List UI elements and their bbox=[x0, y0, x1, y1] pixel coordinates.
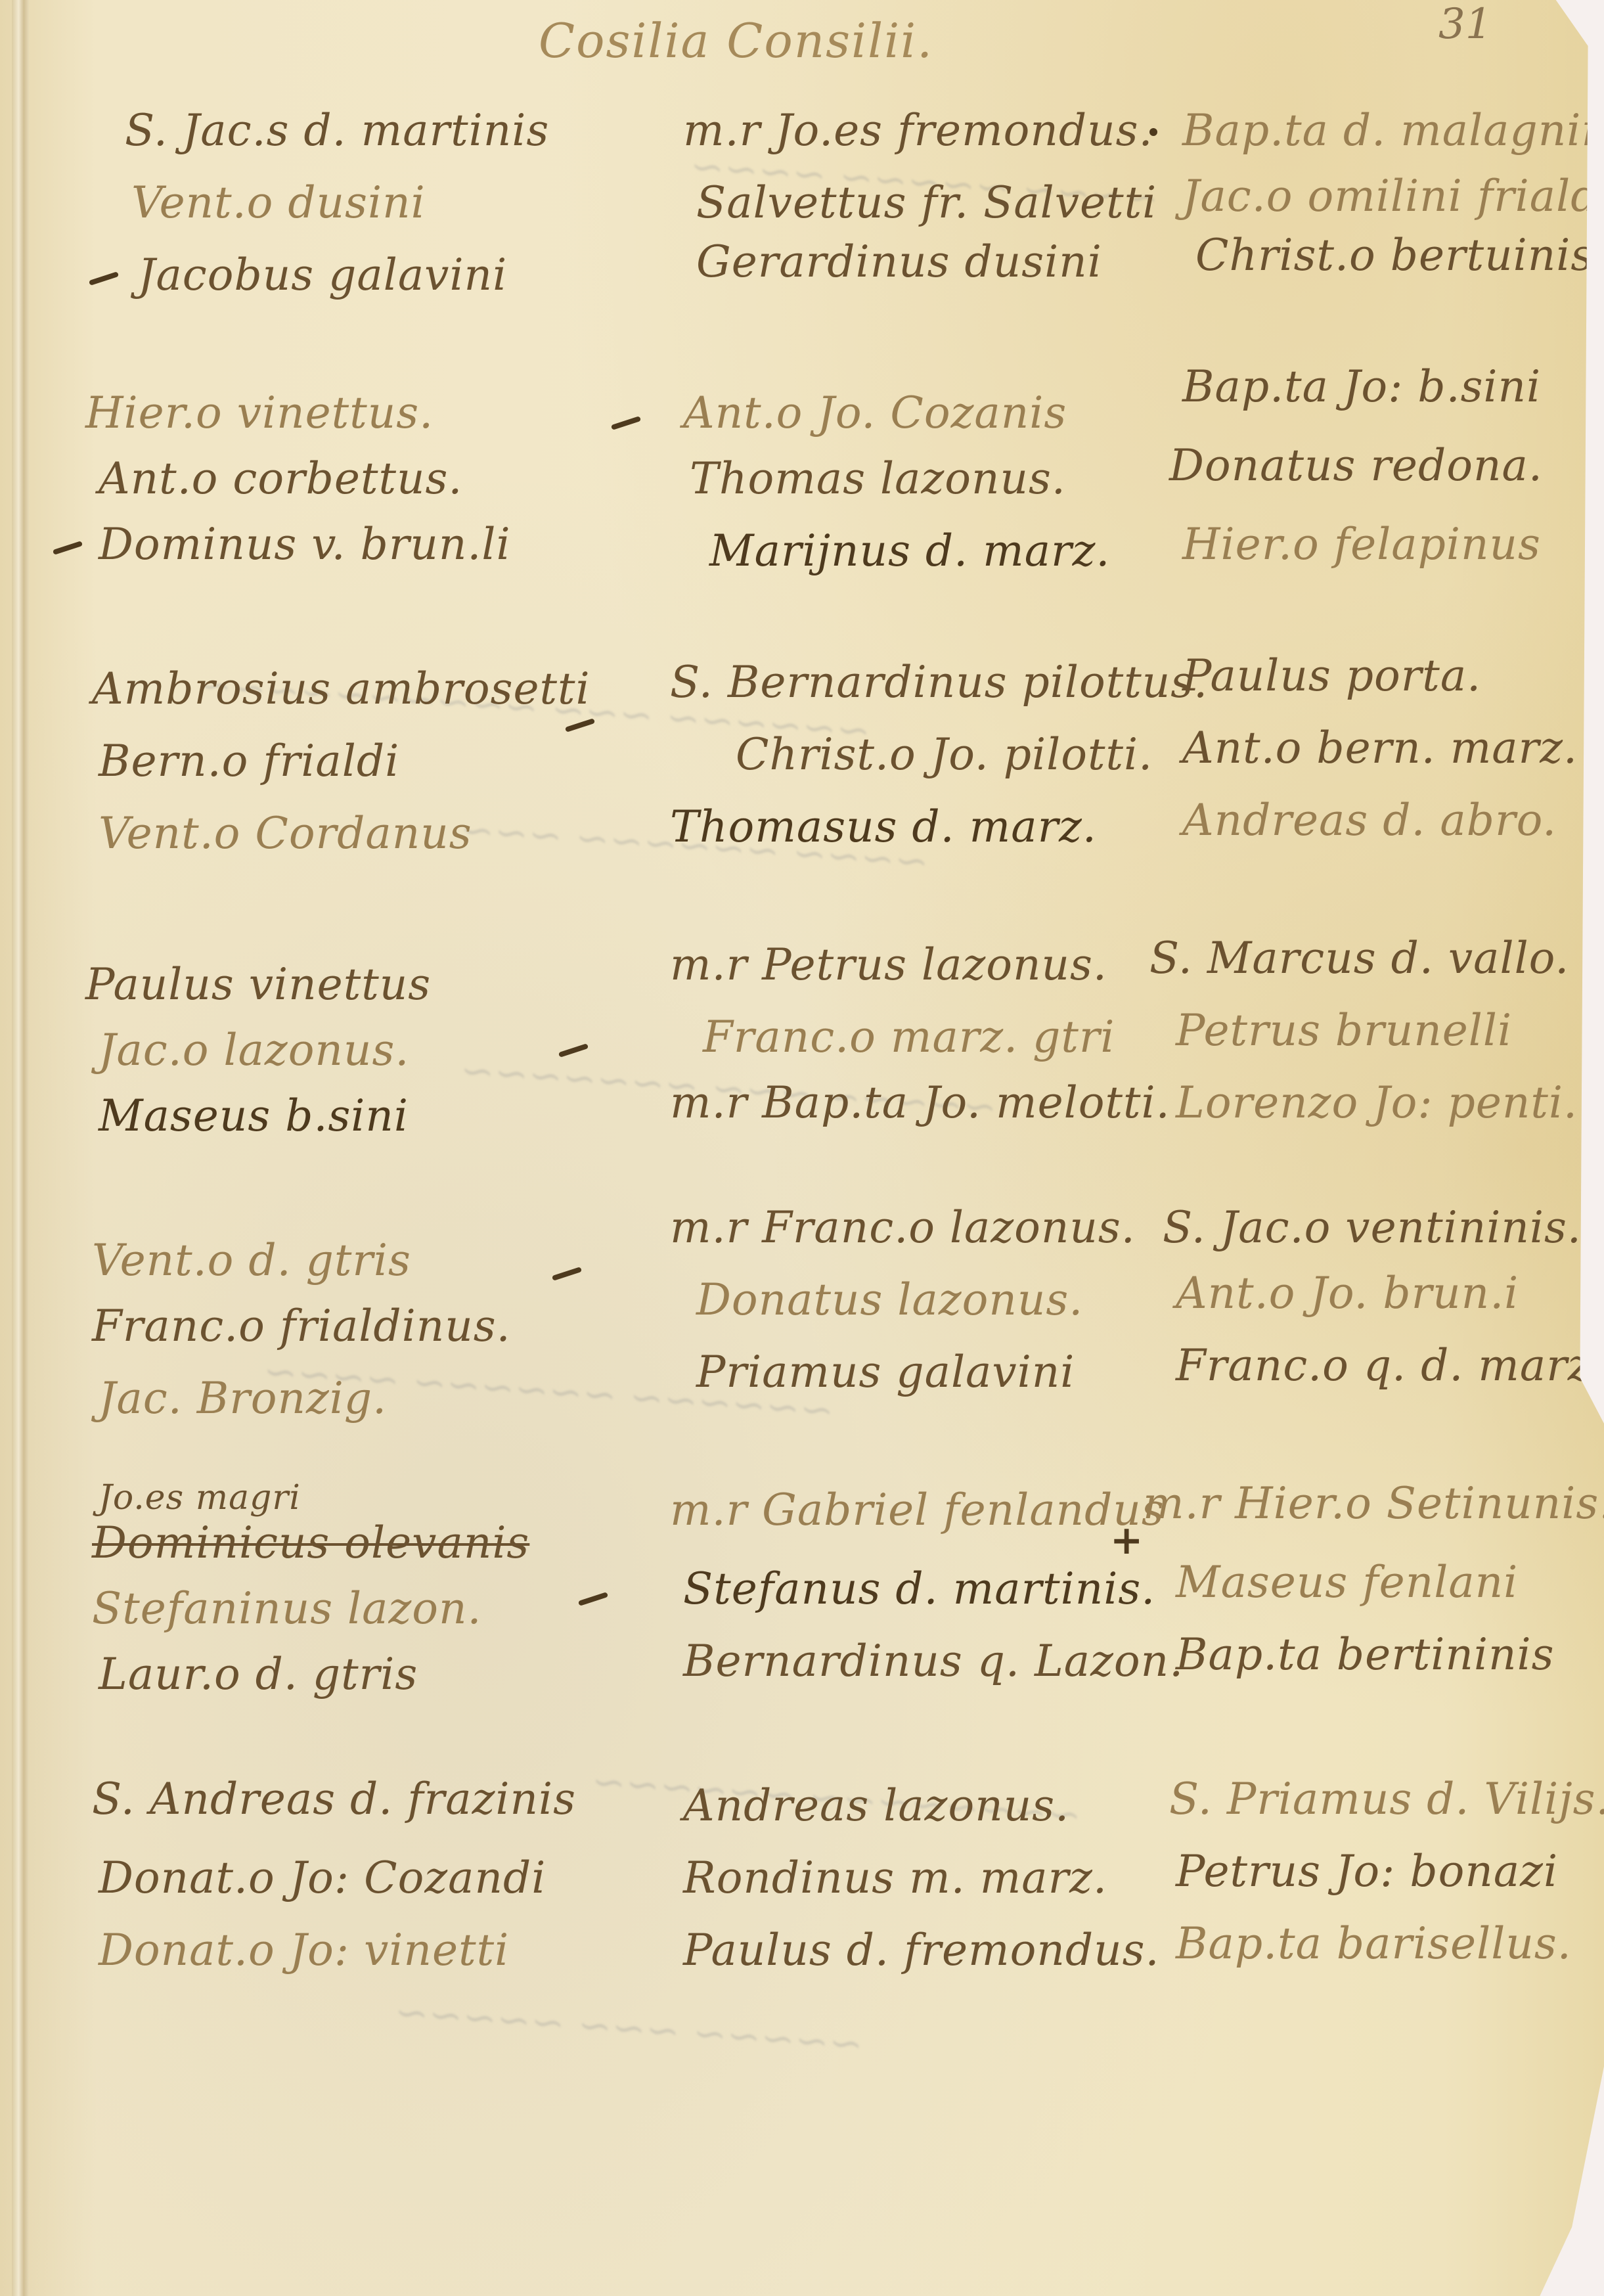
manuscript-page: ~~~~ ~~~~~ ~~~~ ~~~~~~ ~~~ ~~~~~~~~~~ ~~… bbox=[0, 0, 1604, 2296]
name-entry: Andreas d. abro. bbox=[1182, 795, 1557, 845]
name-entry: Priamus galavini bbox=[696, 1347, 1075, 1397]
bleed-through-text: ~~~~~ ~~~ ~~~~~ bbox=[393, 1987, 864, 2068]
name-entry: Jacobus galavini bbox=[138, 250, 507, 300]
name-entry: m.r Franc.o lazonus. bbox=[670, 1202, 1136, 1253]
page-header: Cosilia Consilii. bbox=[539, 13, 933, 68]
name-entry: Vent.o Cordanus bbox=[99, 808, 472, 859]
marginal-dot-mark bbox=[1149, 128, 1157, 136]
name-entry: Jac. Bronzig. bbox=[99, 1373, 387, 1424]
name-entry: Maseus fenlani bbox=[1176, 1557, 1518, 1608]
marginal-dash-mark bbox=[611, 416, 641, 430]
name-entry: S. Jac.s d. martinis bbox=[125, 105, 549, 156]
name-entry: Hier.o vinettus. bbox=[85, 388, 434, 438]
marginal-cross-mark: + bbox=[1110, 1518, 1143, 1564]
name-entry: Maseus b.sini bbox=[99, 1091, 409, 1141]
marginal-dash-mark bbox=[552, 1267, 582, 1281]
name-entry: Stefaninus lazon. bbox=[92, 1583, 482, 1634]
name-entry: Donat.o Jo: vinetti bbox=[99, 1925, 509, 1975]
name-entry: Thomasus d. marz. bbox=[670, 801, 1097, 852]
name-entry: Lorenzo Jo: penti. bbox=[1176, 1077, 1578, 1128]
name-entry: Ant.o Jo. brun.i bbox=[1176, 1268, 1519, 1318]
name-entry: Dominus v. brun.li bbox=[99, 519, 511, 570]
name-entry: Donat.o Jo: Cozandi bbox=[99, 1853, 546, 1903]
name-entry: m.r Gabriel fenlandus bbox=[670, 1485, 1165, 1535]
name-entry: m.r Jo.es fremondus. bbox=[683, 105, 1153, 156]
name-entry: S. Bernardinus pilottus. bbox=[670, 657, 1208, 708]
name-entry: m.r Bap.ta Jo. melotti. bbox=[670, 1077, 1170, 1128]
name-entry: Franc.o q. d. marz. bbox=[1176, 1340, 1604, 1391]
name-entry: Stefanus d. martinis. bbox=[683, 1564, 1155, 1614]
name-entry: Ant.o corbettus. bbox=[99, 453, 462, 504]
name-entry: Franc.o frialdinus. bbox=[92, 1301, 511, 1351]
name-entry: Bap.ta Jo: b.sini bbox=[1182, 361, 1541, 412]
name-entry: m.r Petrus lazonus. bbox=[670, 939, 1107, 990]
name-entry: Christ.o Jo. pilotti. bbox=[736, 729, 1153, 780]
name-entry: Bap.ta barisellus. bbox=[1176, 1918, 1572, 1969]
name-entry: Donatus redona. bbox=[1169, 440, 1543, 491]
name-entry: Petrus brunelli bbox=[1176, 1005, 1512, 1056]
name-entry: S. Andreas d. frazinis bbox=[92, 1774, 576, 1824]
name-entry: Vent.o d. gtris bbox=[92, 1235, 411, 1286]
name-entry: Andreas lazonus. bbox=[683, 1780, 1069, 1831]
marginal-dash-mark bbox=[53, 541, 83, 555]
name-entry: Bern.o frialdi bbox=[99, 736, 399, 786]
interlinear-correction: Jo.es magri bbox=[99, 1478, 301, 1518]
name-entry: Petrus Jo: bonazi bbox=[1176, 1846, 1558, 1897]
binding-edge bbox=[12, 0, 29, 2296]
name-entry: Vent.o dusini bbox=[131, 177, 426, 228]
name-entry: Ant.o bern. marz. bbox=[1182, 723, 1578, 773]
name-entry: Jac.o omilini frialdi bbox=[1182, 171, 1604, 221]
name-entry: Gerardinus dusini bbox=[696, 236, 1102, 287]
marginal-dash-mark bbox=[578, 1592, 608, 1606]
name-entry: Ambrosius ambrosetti bbox=[92, 664, 590, 714]
name-entry: S. Priamus d. Vilijs. bbox=[1169, 1774, 1604, 1824]
name-entry: Paulus vinettus bbox=[85, 959, 431, 1010]
name-entry: Bernardinus q. Lazon. bbox=[683, 1636, 1184, 1686]
marginal-dash-mark bbox=[89, 271, 119, 286]
name-entry: Bap.ta d. malagninis bbox=[1182, 105, 1604, 156]
name-entry: Laur.o d. gtris bbox=[99, 1649, 418, 1699]
name-entry: Paulus porta. bbox=[1182, 650, 1481, 701]
name-entry: Hier.o felapinus bbox=[1182, 519, 1541, 570]
name-entry: Ant.o Jo. Cozanis bbox=[683, 388, 1067, 438]
name-entry: Salvettus fr. Salvetti bbox=[696, 177, 1157, 228]
name-entry: S. Jac.o ventininis. bbox=[1163, 1202, 1582, 1253]
name-entry: Bap.ta bertininis bbox=[1176, 1629, 1555, 1680]
name-entry: S. Marcus d. vallo. bbox=[1149, 933, 1569, 983]
folio-number: 31 bbox=[1438, 0, 1492, 49]
name-entry: Marijnus d. marz. bbox=[709, 526, 1110, 576]
name-entry: Franc.o marz. gtri bbox=[703, 1012, 1115, 1062]
name-entry: m.r Hier.o Setinunis. bbox=[1143, 1478, 1604, 1529]
name-entry: Paulus d. fremondus. bbox=[683, 1925, 1159, 1975]
struck-name-entry: Dominicus olevanis bbox=[92, 1518, 529, 1568]
name-entry: Jac.o lazonus. bbox=[99, 1025, 409, 1075]
name-entry: Thomas lazonus. bbox=[690, 453, 1066, 504]
name-entry: Rondinus m. marz. bbox=[683, 1853, 1107, 1903]
name-entry: Christ.o bertuinis bbox=[1195, 230, 1593, 281]
name-entry: Donatus lazonus. bbox=[696, 1274, 1083, 1325]
